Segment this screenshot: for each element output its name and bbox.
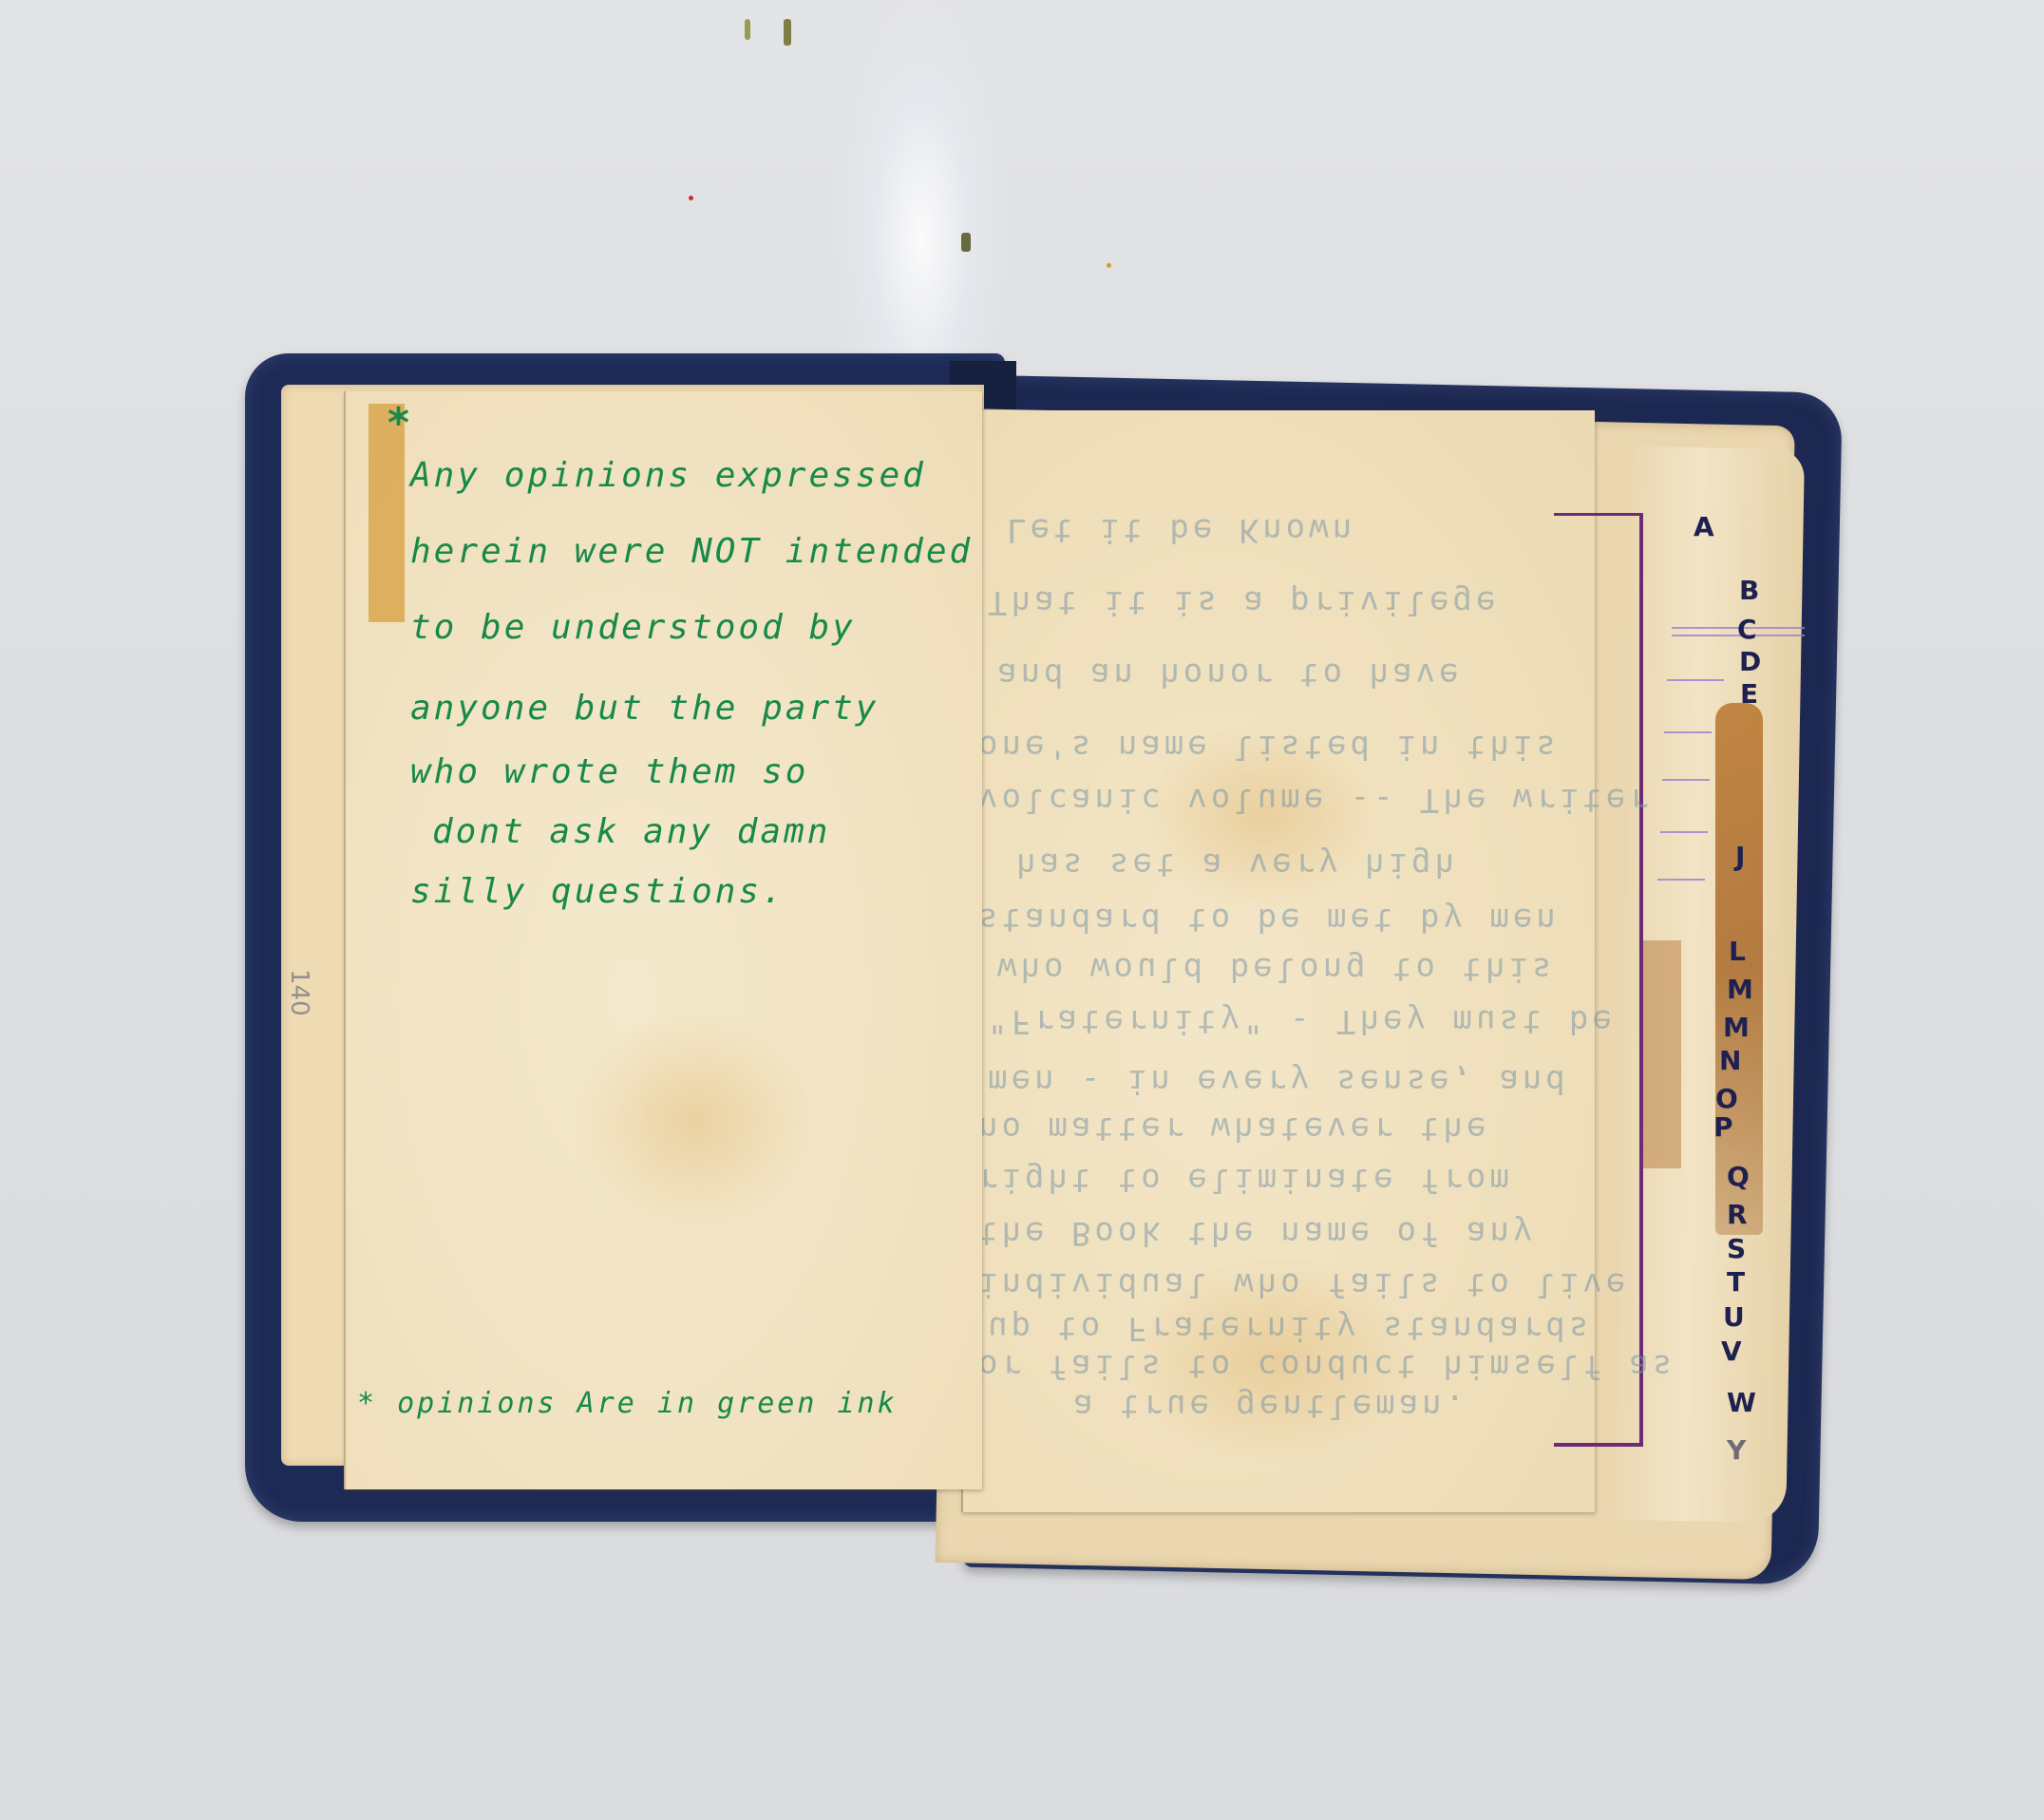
dust-speck — [745, 19, 750, 40]
index-tab-l[interactable]: L — [1729, 936, 1746, 967]
index-tab-e[interactable]: E — [1740, 678, 1758, 710]
bleed-line: up to Fraternity standards — [988, 1309, 1592, 1347]
index-tab-c[interactable]: C — [1737, 614, 1757, 645]
index-tab-b[interactable]: B — [1739, 575, 1759, 606]
bleed-line: men - in every sense, and — [988, 1062, 1569, 1100]
margin-pencil-mark: 140 — [285, 969, 313, 1016]
index-tab-n[interactable]: N — [1719, 1045, 1741, 1076]
note-line: dont ask any damn — [432, 812, 830, 851]
bleed-line: no matter whatever the — [978, 1109, 1489, 1147]
index-tab-u[interactable]: U — [1723, 1301, 1745, 1333]
light-glare — [836, 0, 1007, 399]
asterisk-mark: * — [388, 399, 409, 447]
bleed-line: right to eliminate from — [978, 1161, 1513, 1199]
ruled-line — [1664, 731, 1712, 733]
bleed-line: a true gentleman. — [1073, 1387, 1468, 1425]
index-tab-s[interactable]: S — [1727, 1233, 1746, 1264]
index-tab-d[interactable]: D — [1739, 646, 1761, 677]
paper-stain — [570, 1007, 817, 1235]
note-line: to be understood by — [410, 608, 856, 647]
dust-speck — [784, 19, 791, 46]
index-tab-m[interactable]: M — [1727, 974, 1753, 1005]
footnote: * opinions Are in green ink — [357, 1387, 898, 1420]
purple-border — [1554, 513, 1643, 1447]
index-tab-a[interactable]: A — [1694, 511, 1714, 542]
bleed-line: Let it be Known — [1007, 511, 1355, 549]
note-line: herein were NOT intended — [410, 532, 973, 571]
rust-stain — [1715, 703, 1763, 1235]
index-tab-r[interactable]: R — [1727, 1199, 1748, 1230]
bleed-line: "Fraternity" - They must be — [988, 1002, 1616, 1040]
bleed-line: has set a very high — [1016, 845, 1458, 883]
bleed-line: the Book the name of any — [978, 1214, 1536, 1252]
bleed-line: or fails to conduct himself as — [978, 1347, 1675, 1385]
rust-stain — [1641, 940, 1681, 1168]
index-tab-t[interactable]: T — [1727, 1266, 1745, 1298]
bleed-line: one's name listed in this — [978, 728, 1560, 766]
index-tab-j[interactable]: J — [1735, 841, 1745, 872]
index-tab-y[interactable]: Y — [1727, 1434, 1746, 1466]
bleed-line: That it is a privilege — [988, 583, 1499, 621]
bleed-line: individual who fails to live — [978, 1265, 1629, 1303]
bleed-line: and an honor to have — [997, 655, 1462, 693]
dust-speck — [1107, 263, 1111, 268]
index-tab-o[interactable]: O — [1715, 1083, 1738, 1114]
bleed-line: who would belong to this — [997, 950, 1555, 988]
ruled-line — [1662, 779, 1710, 781]
index-tab-q[interactable]: Q — [1727, 1161, 1750, 1192]
dust-speck — [961, 233, 971, 252]
note-line: anyone but the party — [410, 689, 879, 728]
note-line: Any opinions expressed — [410, 456, 926, 495]
index-tab-w[interactable]: W — [1727, 1387, 1756, 1418]
index-tab-v[interactable]: V — [1721, 1336, 1742, 1367]
note-line: who wrote them so — [410, 752, 808, 791]
bleed-line: standard to be met by men — [978, 901, 1560, 938]
ruled-line — [1657, 879, 1705, 881]
index-tab-m2[interactable]: M — [1723, 1012, 1750, 1043]
index-tab-p[interactable]: P — [1713, 1111, 1733, 1143]
note-line: silly questions. — [410, 872, 785, 911]
bleed-line: volcanic volume -- The writer — [978, 781, 1653, 819]
ruled-line — [1660, 831, 1708, 833]
dust-speck — [689, 196, 693, 200]
ruled-line — [1667, 679, 1724, 681]
